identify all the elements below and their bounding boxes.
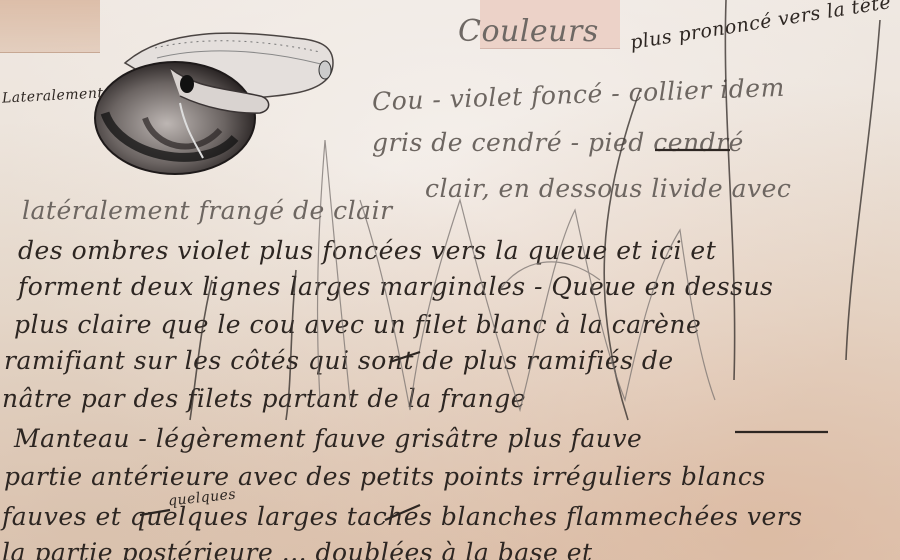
manuscript-line-10: Manteau - légèrement fauve grisâtre plus… — [14, 424, 642, 453]
manuscript-line-2: gris de cendré - pied cendré — [372, 128, 744, 157]
manuscript-line-6: forment deux lignes larges marginales - … — [18, 272, 773, 301]
manuscript-line-3: clair, en dessous livide avec — [425, 174, 791, 203]
manuscript-line-1: Cou - violet foncé - collier idem — [372, 73, 786, 116]
manuscript-page: Lateralement Couleurs plus prononcé vers… — [0, 0, 900, 560]
manuscript-line-7: plus claire que le cou avec un filet bla… — [14, 310, 701, 339]
manuscript-line-11: partie antérieure avec des petits points… — [4, 462, 766, 491]
manuscript-line-12: fauves et quelques larges taches blanche… — [2, 502, 803, 531]
specimen-sketch-icon — [85, 18, 340, 178]
manuscript-line-13: la partie postérieure ... doublées à la … — [2, 538, 593, 560]
manuscript-line-9: nâtre par des filets partant de la frang… — [2, 384, 526, 413]
heading: Couleurs — [458, 14, 599, 49]
insertion-note: plus prononcé vers la tête — [629, 0, 893, 54]
manuscript-line-4: latéralement frangé de clair — [22, 196, 393, 225]
manuscript-line-5: des ombres violet plus foncées vers la q… — [18, 236, 716, 265]
manuscript-line-8: ramifiant sur les côtés qui sont de plus… — [4, 346, 674, 375]
